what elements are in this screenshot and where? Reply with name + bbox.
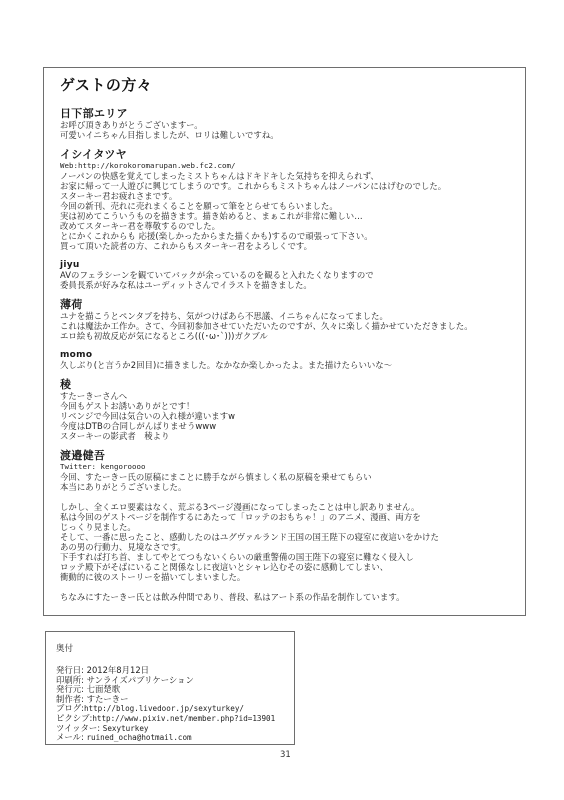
colophon-row-author: 制作者: すたーきー [56,695,294,705]
guest-website: Web:http://korokoromarupan.web.fc2.com/ [60,161,525,171]
paragraph-gap [60,492,525,502]
guest-entry: 薄荷 ユナを描こうとペンタブを持ち、気がつけばあら不思議、イニちゃんになってまし… [60,299,525,341]
page-number: 31 [280,750,291,760]
guest-text-line: 衝動的に彼のストーリーを描いてしまいました。 [60,572,525,582]
guest-text-line: ちなみにすたーきー氏とは飲み仲間であり、普段、私はアート系の作品を制作しています… [60,592,525,602]
colophon-title: 奥付 [56,644,294,654]
colophon-label: 制作者 [56,694,81,704]
guest-twitter: Twitter: kengoroooo [60,462,525,472]
guest-name: jiyu [60,260,525,270]
guest-name: 薄荷 [60,299,525,311]
colophon-label: メール [56,732,81,742]
twitter-handle: Sexyturkey [103,724,149,733]
blog-link: http://blog.livedoor.jp/sexyturkey/ [84,704,244,713]
guest-text-line: ロッテ殿下がそばにいること関係なしに夜這いとシャレ込むその姿に感動してしまい、 [60,562,525,572]
guest-text-line: エロ絵も初故反応が気になるところ(((･ω･`)))ガクブル [60,331,525,341]
colophon-label: ツイッター [56,723,97,733]
guest-name: イシイタツヤ [60,149,525,161]
colophon-value: 七面楚歌 [87,684,121,694]
guest-text-line: しかし、全くエロ要素はなく、荒ぶる3ページ漫画になってしまったことは申し訳ありま… [60,502,525,512]
guest-text-line: 委員長系が好みな私はユーディットさんでイラストを描きました。 [60,280,525,290]
guest-entry: 日下部エリア お呼び頂きありがとうございますー。 可愛いイニちゃん目指しましたが… [60,108,525,140]
guest-text-line: 今回、すたーきー氏の原稿にまことに勝手ながら慎ましく私の原稿を乗せてもらい [60,472,525,482]
colophon-row-twitter: ツイッター: Sexyturkey [56,724,294,734]
colophon-value: サンライズパブリケーション [87,675,194,685]
guest-text-line: 今回もゲストお誘いありがとです！ [60,401,525,411]
guest-text-line: 可愛いイニちゃん目指しましたが、ロリは難しいですね。 [60,130,525,140]
guest-text-line: あの男の行動力、見境なさです。 [60,542,525,552]
colophon-value: 2012年8月12日 [87,665,149,675]
paragraph-gap [60,582,525,592]
guest-text-line: 下手すれば打ち首、ましてやとてつもないくらいの厳重警備の国王陛下の寝室に難なく侵… [60,552,525,562]
guest-name: 日下部エリア [60,108,525,120]
pixiv-link: http://www.pixiv.net/member.php?id=13901 [92,714,275,723]
guest-text-line: これは魔法か工作か。さて、今回初参加させていただいたのですが、久々に楽しく描かせ… [60,321,525,331]
guest-entry: 渡邉健吾 Twitter: kengoroooo 今回、すたーきー氏の原稿にまこ… [60,450,525,602]
guest-text-line: ノーパンの快感を覚えてしまったミストちゃんはドキドキした気持ちを抑えられず、 [60,171,525,181]
guest-text-line: お呼び頂きありがとうございますー。 [60,120,525,130]
guest-text-line: 久しぶり(と言うか2回目)に描きました。なかなか楽しかったよ。また描けたらいいな… [60,360,525,370]
guest-text-line: 今回の新刊、売れに売れまくることを願って筆をとらせてもらいました。 [60,201,525,211]
guest-name: 稜 [60,379,525,391]
guest-text-line: とにかくこれからも 応援(楽しかったからまた描くかも)するので頑張って下さい。 [60,231,525,241]
guest-text-line: ユナを描こうとペンタブを持ち、気がつけばあら不思議、イニちゃんになってました。 [60,311,525,321]
colophon-label: 発行元 [56,684,81,694]
guest-section: ゲストの方々 日下部エリア お呼び頂きありがとうございますー。 可愛いイニちゃん… [43,67,526,616]
guest-text-line: 私は今回のゲストページを制作するにあたって「ロッテのおもちゃ！」のアニメ、漫画、… [60,512,525,522]
colophon-value: すたーきー [87,694,129,704]
guest-text-line: スターキー君お疲れさまです。 [60,191,525,201]
guest-text-line: AVのフェラシーンを観ていてバックが余っているのを観ると入れたくなりますので [60,270,525,280]
guest-text-line: 実は初めてこういうものを描きます。描き始めると、まぁこれが非常に難しい… [60,211,525,221]
guest-text-line: そして、一番に思ったこと、感動したのはユグヴァルランド王国の国王陛下の寝室に夜這… [60,532,525,542]
guest-name: momo [60,350,525,360]
colophon-label: 印刷所 [56,675,81,685]
colophon-label: ブログ [56,703,81,713]
guest-text-line: じっくり見ました。 [60,522,525,532]
colophon-label: 発行日 [56,665,81,675]
guest-text-line: お家に帰って一人遊びに興じてしまうのです。これからもミストちゃんはノーパンにはげ… [60,181,525,191]
guest-text-line: リベンジで今回は気合いの入れ様が違いますw [60,411,525,421]
guest-entry: momo 久しぶり(と言うか2回目)に描きました。なかなか楽しかったよ。また描け… [60,350,525,370]
guest-text-line: 改めてスターキー君を尊敬するのでした。 [60,221,525,231]
colophon-row-email: メール: ruined_ocha@hotmail.com [56,733,294,743]
guest-text-line: スターキーの影武者 稜より [60,431,525,441]
section-title: ゲストの方々 [60,76,525,94]
guest-text-line: 今度はDTBの合同しがんばりませうwww [60,421,525,431]
email-address: ruined_ocha@hotmail.com [86,733,191,742]
guest-entry: イシイタツヤ Web:http://korokoromarupan.web.fc… [60,149,525,251]
guest-text-line: 買って頂いた読者の方、これからもスターキー君をよろしくです。 [60,241,525,251]
guest-entry: jiyu AVのフェラシーンを観ていてバックが余っているのを観ると入れたくなりま… [60,260,525,290]
guest-text-line: 本当にありがとうございました。 [60,482,525,492]
guest-text-line: すたーきーさんへ [60,391,525,401]
colophon-label: ピクシブ [56,713,90,723]
colophon: 奥付 発行日: 2012年8月12日 印刷所: サンライズパブリケーション 発行… [45,631,295,745]
guest-name: 渡邉健吾 [60,450,525,462]
guest-entry: 稜 すたーきーさんへ 今回もゲストお誘いありがとです！ リベンジで今回は気合いの… [60,379,525,441]
